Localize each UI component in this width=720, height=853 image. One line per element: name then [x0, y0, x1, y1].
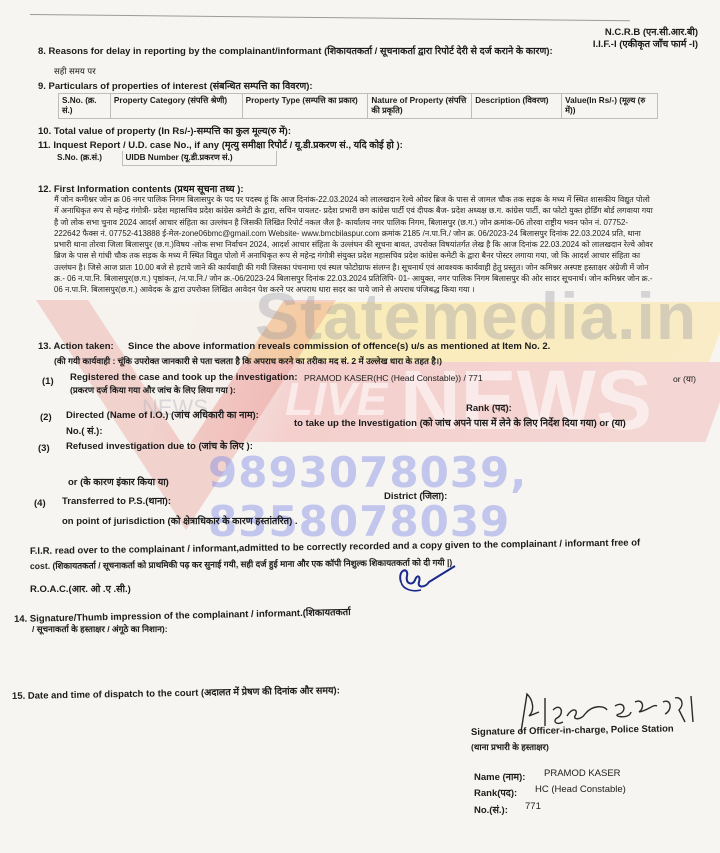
item14-line1: 14. Signature/Thumb impression of the co… [14, 605, 351, 625]
properties-table: S.No. (क्र. सं.) Property Category (संपत… [58, 93, 658, 119]
col-category: Property Category (संपत्ति श्रेणी) [110, 94, 242, 119]
officer-no-label: No.(सं.): [474, 803, 508, 816]
officer-no: 771 [525, 801, 541, 812]
complainant-signature [395, 562, 465, 602]
fir-read-line2: cost. (शिकायतकर्ता / सूचनाकर्ता को प्राथ… [30, 556, 452, 572]
sub2-rank: Rank (पद): [466, 401, 512, 414]
col-type: Property Type (सम्पत्ति का प्रकार) [242, 94, 368, 119]
top-rule [30, 14, 630, 21]
sub1-label-hi: (प्रकरण दर्ज किया गया और जांच के लिए लिय… [70, 384, 236, 396]
sub4-num: (4) [34, 498, 46, 509]
item15-label: 15. Date and time of dispatch to the cou… [12, 683, 340, 702]
first-information-content: मैं जोन कमीश्नर जोन क्र 06 नगर पालिक निग… [54, 194, 654, 296]
officer-name: PRAMOD KASER [544, 768, 621, 779]
sub1-num: (1) [42, 376, 54, 387]
sub4-jurisdiction: on point of jurisdiction (को क्षेत्राधिक… [62, 514, 298, 527]
sub3-num: (3) [38, 443, 50, 454]
watermark-phones: 9893078039, 8358078039 [208, 448, 720, 546]
item8-value: सही समय पर [54, 65, 96, 77]
col-nature: Nature of Property (संपत्ति की प्रकृति) [368, 94, 472, 119]
watermark-yellow-band [109, 302, 720, 362]
col-description: Description (विवरण) [472, 94, 562, 119]
sub1-label: Registered the case and took up the inve… [70, 372, 298, 383]
header-ncrb: N.C.R.B (एन.सी.आर.बी) [605, 27, 698, 39]
sub1-or: or (या) [673, 373, 696, 385]
item10-label: 10. Total value of property (In Rs/-)-सम… [38, 124, 291, 137]
col-uidb: UIDB Number (यू.डी.प्रकरण सं.) [122, 151, 276, 166]
sub4-label: Transferred to P.S.(थाना): [62, 494, 171, 507]
properties-table-header: S.No. (क्र. सं.) Property Category (संपत… [59, 94, 658, 119]
col-sno: S.No. (क्र. सं.) [59, 94, 111, 119]
item9-label: 9. Particulars of properties of interest… [38, 79, 313, 92]
fir-read-line1: F.I.R. read over to the complainant / in… [30, 537, 640, 557]
officer-rank: HC (Head Constable) [535, 784, 626, 795]
roac: R.O.A.C.(आर. ओ .ए .सी.) [30, 582, 131, 595]
officer-signature-label: Signature of Officer-in-charge, Police S… [471, 723, 674, 738]
inquest-table: S.No. (क्र.सं.) UIDB Number (यू.डी.प्रकर… [54, 151, 277, 166]
item13-label: 13. Action taken: [38, 341, 114, 352]
col-value: Value(In Rs/-) (मूल्य (रु में)) [562, 94, 658, 119]
officer-signature-label-hi: (थाना प्रभारी के हस्ताक्षर) [471, 741, 549, 753]
item8-label: 8. Reasons for delay in reporting by the… [38, 44, 553, 57]
officer-rank-label: Rank(पद): [474, 786, 517, 799]
sub3-or-reason: or (के कारण इंकार किया या) [68, 475, 169, 488]
fir-page: Statemedia.in NEWS LIVE NEWS 9893078039,… [0, 0, 720, 853]
item13-text-en: Since the above information reveals comm… [128, 341, 550, 352]
item14-line2: / सूचनाकर्ता के हस्ताक्षर / अंगूठे का नि… [32, 623, 168, 635]
sub4-district: District (जिला): [384, 489, 447, 502]
item11-label: 11. Inquest Report / U.D. case No., if a… [38, 138, 403, 151]
sub2-take-up: to take up the Investigation (को जांच अप… [294, 416, 626, 429]
sub2-no: No.( सं.): [66, 424, 103, 437]
item13-text-hi: (की गयी कार्यवाही : चूंकि उपरोक्त जानकार… [54, 355, 442, 367]
sub2-label: Directed (Name of I.O.) (जांच अधिकारी का… [66, 408, 259, 421]
sub3-label: Refused investigation due to (जांच के लि… [66, 439, 253, 452]
col-sno-inquest: S.No. (क्र.सं.) [54, 151, 122, 166]
sub2-num: (2) [40, 412, 52, 423]
sub1-value: PRAMOD KASER(HC (Head Constable)) / 771 [304, 373, 483, 383]
officer-name-label: Name (नाम): [474, 770, 525, 783]
header-iif: I.I.F.-I (एकीकृत जाँच फार्म -I) [593, 39, 698, 51]
